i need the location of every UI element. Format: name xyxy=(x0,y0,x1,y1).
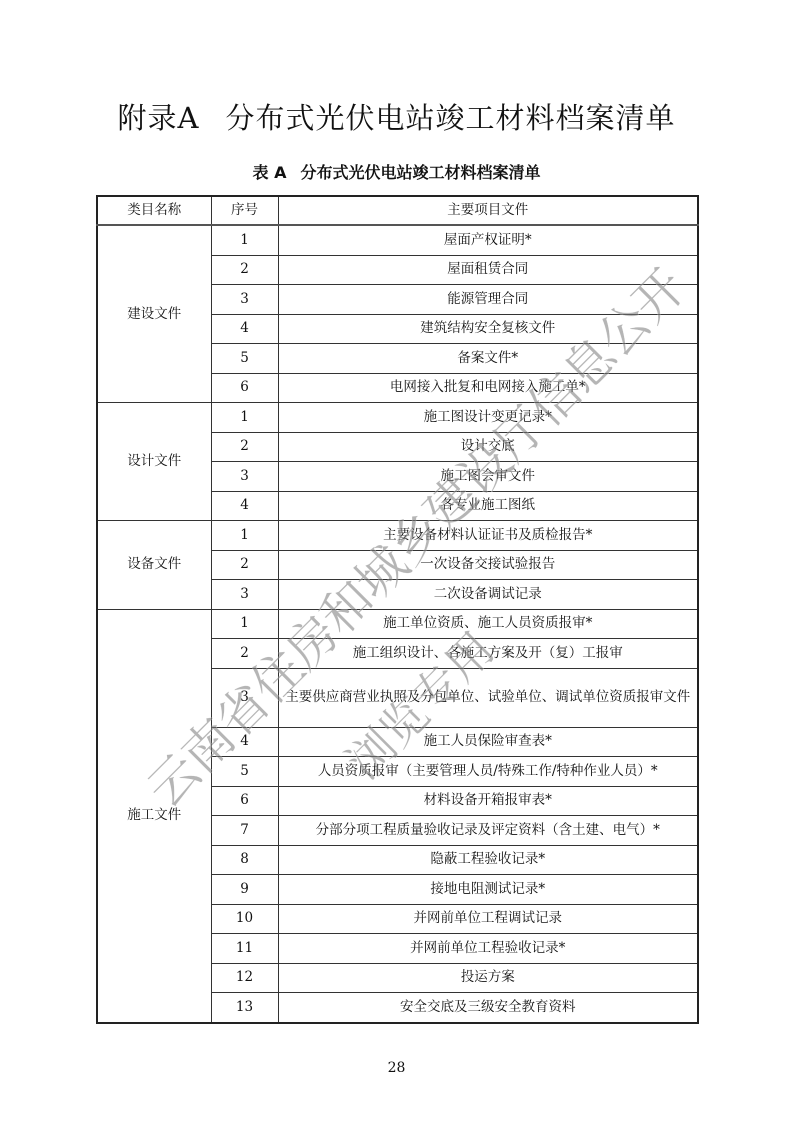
appendix-title: 附录A分布式光伏电站竣工材料档案清单 xyxy=(0,96,793,137)
row-item: 施工单位资质、施工人员资质报审* xyxy=(278,609,698,639)
row-number: 11 xyxy=(211,934,278,964)
table-header-row: 类目名称 序号 主要项目文件 xyxy=(97,196,698,225)
row-number: 10 xyxy=(211,904,278,934)
table-caption: 表 A分布式光伏电站竣工材料档案清单 xyxy=(0,160,793,183)
row-number: 8 xyxy=(211,845,278,875)
category-cell: 建设文件 xyxy=(97,225,211,403)
row-number: 3 xyxy=(211,462,278,492)
category-cell: 设备文件 xyxy=(97,521,211,610)
header-item: 主要项目文件 xyxy=(278,196,698,225)
row-number: 2 xyxy=(211,255,278,285)
row-item: 设计交底 xyxy=(278,432,698,462)
row-number: 7 xyxy=(211,816,278,846)
row-item: 并网前单位工程验收记录* xyxy=(278,934,698,964)
row-number: 4 xyxy=(211,491,278,521)
row-item: 一次设备交接试验报告 xyxy=(278,550,698,580)
row-item: 分部分项工程质量验收记录及评定资料（含土建、电气）* xyxy=(278,816,698,846)
row-item: 二次设备调试记录 xyxy=(278,580,698,610)
row-number: 1 xyxy=(211,403,278,433)
row-number: 3 xyxy=(211,285,278,315)
table-caption-prefix: 表 A xyxy=(253,163,287,182)
row-item: 施工图会审文件 xyxy=(278,462,698,492)
row-item: 屋面产权证明* xyxy=(278,225,698,255)
row-number: 4 xyxy=(211,314,278,344)
row-item: 接地电阻测试记录* xyxy=(278,875,698,905)
table-row: 设备文件 1 主要设备材料认证证书及质检报告* xyxy=(97,521,698,551)
row-number: 6 xyxy=(211,373,278,403)
row-item: 建筑结构安全复核文件 xyxy=(278,314,698,344)
row-number: 2 xyxy=(211,550,278,580)
row-item: 并网前单位工程调试记录 xyxy=(278,904,698,934)
row-item: 施工图设计变更记录* xyxy=(278,403,698,433)
row-number: 12 xyxy=(211,963,278,993)
row-item: 投运方案 xyxy=(278,963,698,993)
appendix-title-prefix: 附录A xyxy=(118,101,200,135)
row-item: 人员资质报审（主要管理人员/特殊工作/特种作业人员）* xyxy=(278,757,698,787)
row-item: 施工人员保险审查表* xyxy=(278,727,698,757)
header-category: 类目名称 xyxy=(97,196,211,225)
row-item: 屋面租赁合同 xyxy=(278,255,698,285)
table-row: 建设文件 1 屋面产权证明* xyxy=(97,225,698,255)
row-item: 材料设备开箱报审表* xyxy=(278,786,698,816)
row-number: 5 xyxy=(211,757,278,787)
row-item: 主要供应商营业执照及分包单位、试验单位、调试单位资质报审文件 xyxy=(278,668,698,727)
table-row: 施工文件 1 施工单位资质、施工人员资质报审* xyxy=(97,609,698,639)
row-item: 安全交底及三级安全教育资料 xyxy=(278,993,698,1023)
archive-list-table: 类目名称 序号 主要项目文件 建设文件 1 屋面产权证明* 2屋面租赁合同 3能… xyxy=(96,195,699,1024)
header-number: 序号 xyxy=(211,196,278,225)
row-item: 备案文件* xyxy=(278,344,698,374)
row-number: 1 xyxy=(211,609,278,639)
row-item: 各专业施工图纸 xyxy=(278,491,698,521)
row-number: 2 xyxy=(211,639,278,669)
appendix-title-text: 分布式光伏电站竣工材料档案清单 xyxy=(225,101,675,135)
page-number: 28 xyxy=(0,1060,793,1076)
table-row: 设计文件 1 施工图设计变更记录* xyxy=(97,403,698,433)
row-item: 电网接入批复和电网接入施工单* xyxy=(278,373,698,403)
category-cell: 设计文件 xyxy=(97,403,211,521)
row-item: 主要设备材料认证证书及质检报告* xyxy=(278,521,698,551)
row-item: 施工组织设计、各施工方案及开（复）工报审 xyxy=(278,639,698,669)
row-item: 隐蔽工程验收记录* xyxy=(278,845,698,875)
row-number: 6 xyxy=(211,786,278,816)
row-number: 13 xyxy=(211,993,278,1023)
row-number: 3 xyxy=(211,668,278,727)
row-number: 5 xyxy=(211,344,278,374)
row-item: 能源管理合同 xyxy=(278,285,698,315)
row-number: 4 xyxy=(211,727,278,757)
table-caption-text: 分布式光伏电站竣工材料档案清单 xyxy=(300,163,540,182)
row-number: 1 xyxy=(211,225,278,255)
row-number: 9 xyxy=(211,875,278,905)
row-number: 1 xyxy=(211,521,278,551)
row-number: 3 xyxy=(211,580,278,610)
row-number: 2 xyxy=(211,432,278,462)
category-cell: 施工文件 xyxy=(97,609,211,1023)
